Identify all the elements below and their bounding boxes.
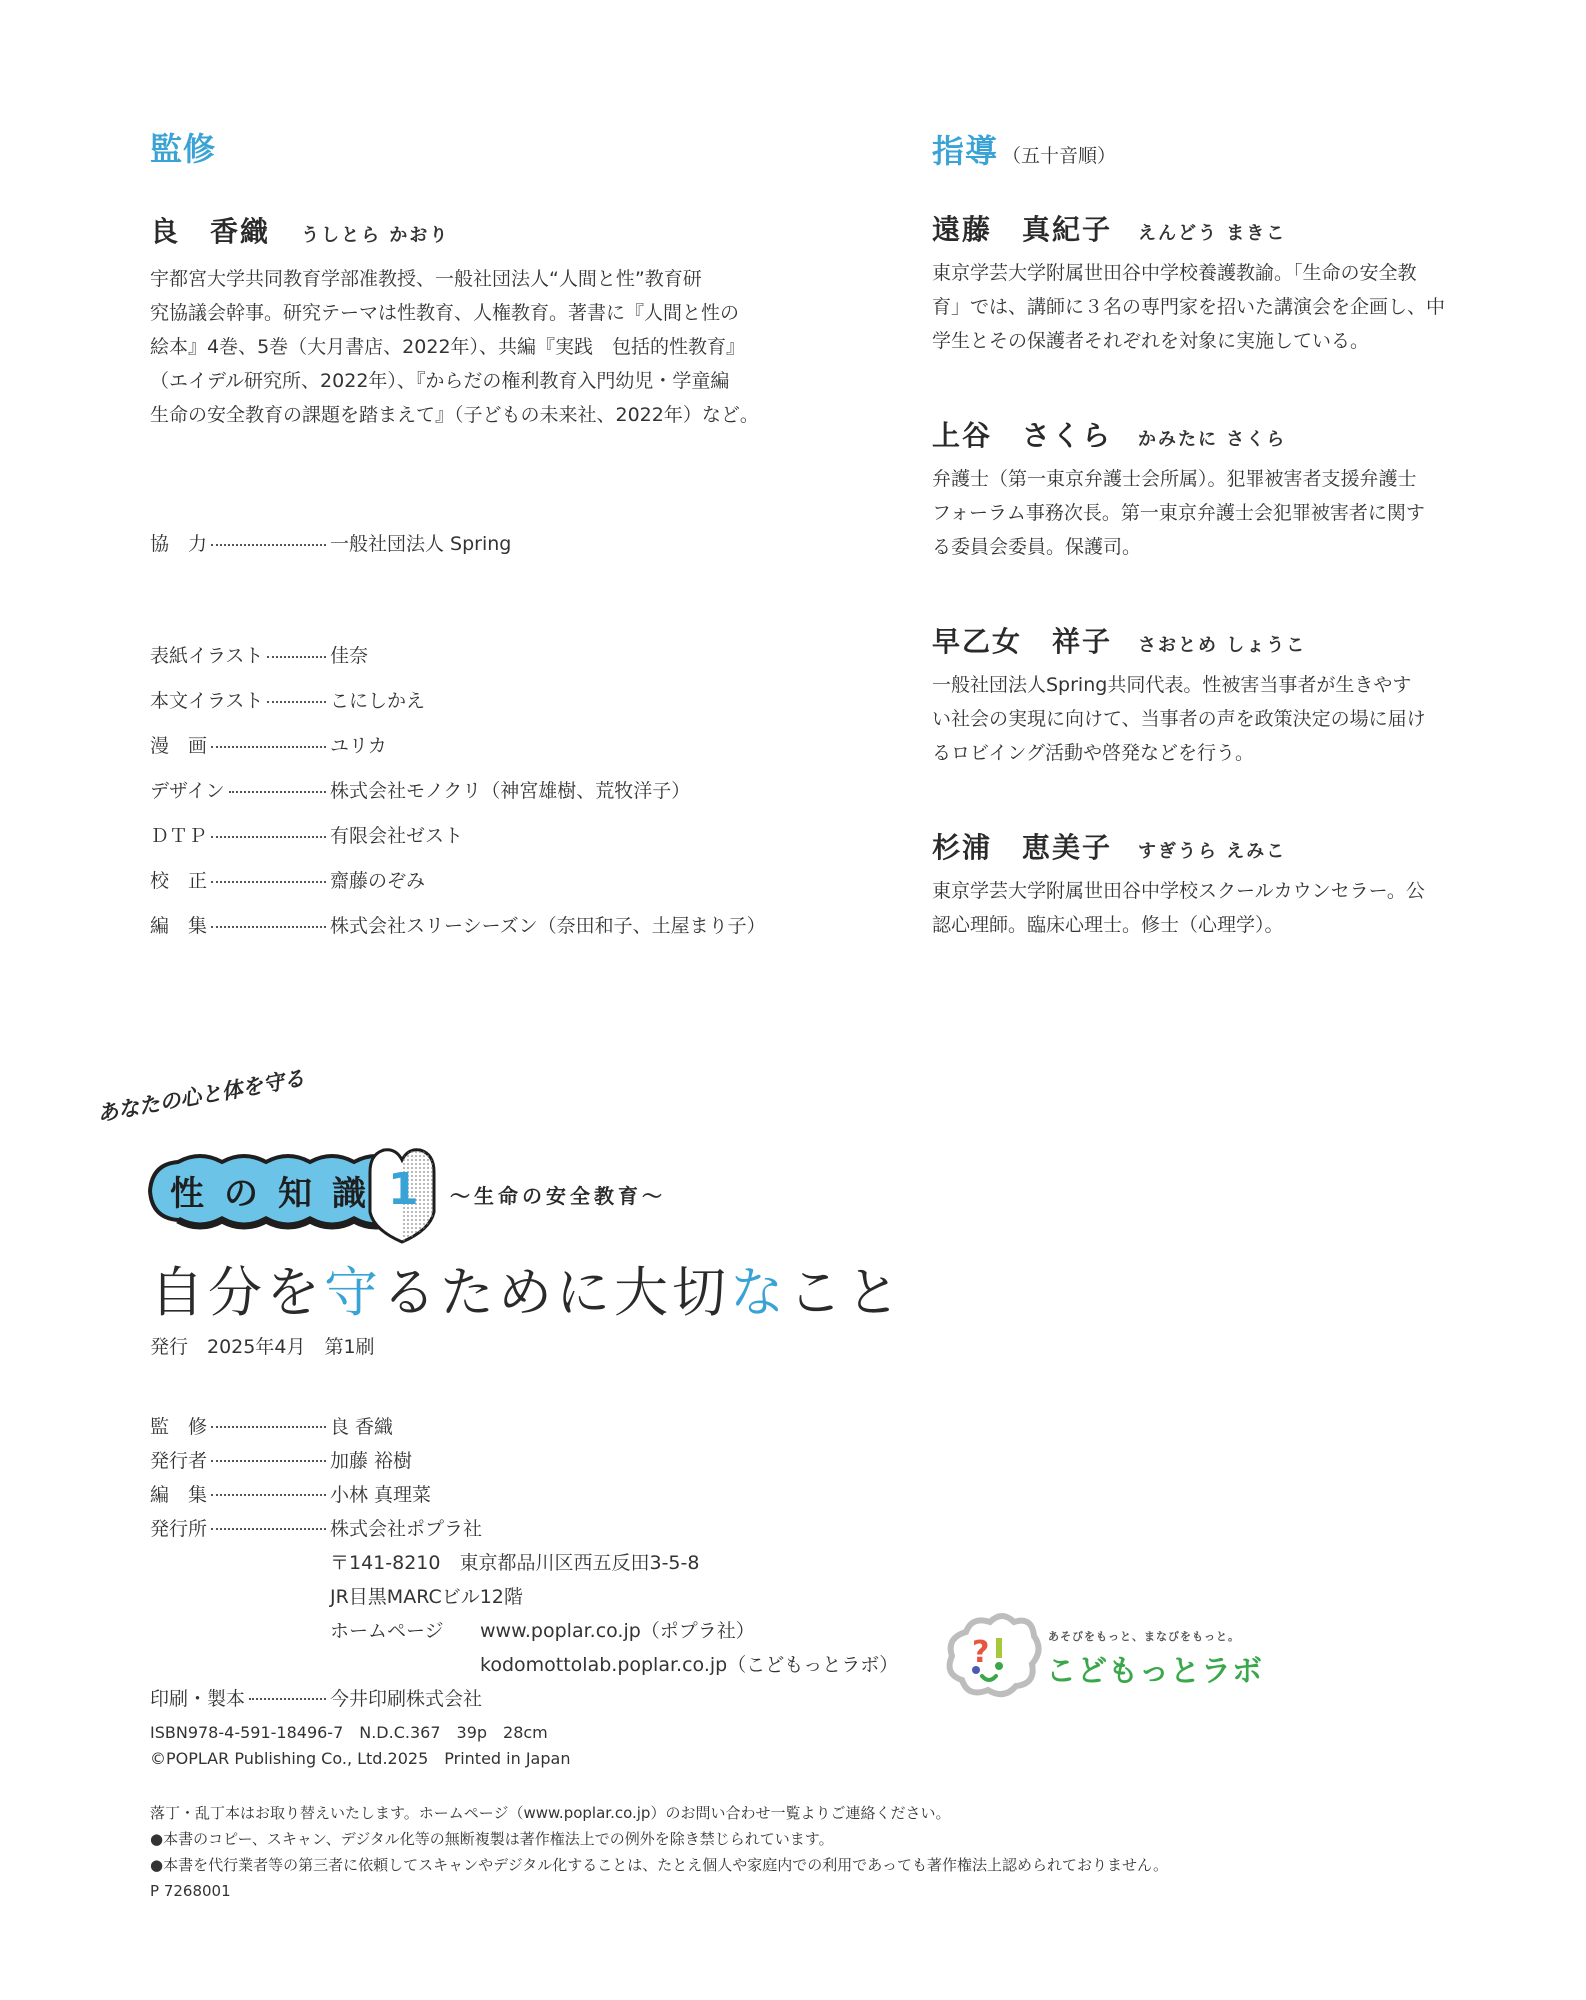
imprint-label: 印刷・製本 (150, 1684, 245, 1711)
imprint-value: 今井印刷株式会社 (330, 1684, 482, 1711)
leader-dots (211, 881, 326, 883)
bio-line: 東京学芸大学附属世田谷中学校スクールカウンセラー。公 (932, 874, 1472, 908)
leader-dots (211, 1460, 326, 1462)
title-part-highlight: な (730, 1261, 788, 1324)
imprint-row: 発行者 加藤 裕樹 (150, 1442, 898, 1476)
credit-value: 株式会社スリーシーズン（奈田和子、土屋まり子） (330, 911, 766, 938)
cooperation-value: 一般社団法人 Spring (330, 529, 511, 556)
credit-label: 校 正 (150, 866, 207, 893)
credit-label: 本文イラスト (150, 686, 263, 713)
svg-text:?: ? (972, 1635, 989, 1670)
credit-value: 有限会社ゼスト (330, 821, 463, 848)
title-part: 自分を (150, 1261, 324, 1324)
homepage-link[interactable]: kodomottolab.poplar.co.jp（こどもっとラボ） (150, 1646, 898, 1680)
leader-dots (267, 656, 326, 658)
series-char: の (224, 1166, 258, 1215)
imprint-row: 監 修 良 香織 (150, 1408, 898, 1442)
leader-dots (229, 791, 326, 793)
credit-row: 表紙イラスト 佳奈 (150, 632, 766, 677)
guidance-heading: 指導 (932, 132, 998, 170)
credit-label: 漫 画 (150, 731, 207, 758)
title-part: こと (788, 1261, 904, 1324)
logo-tagline: あそびをもっと、まなびをもっと。 (1048, 1628, 1240, 1644)
cloud-face-icon: ? (944, 1610, 1044, 1700)
product-code: P 7268001 (150, 1878, 1168, 1904)
credit-row: ＤＴＰ 有限会社ゼスト (150, 812, 766, 857)
person-bio: 東京学芸大学附属世田谷中学校養護教諭。「生命の安全教 育」では、講師に３名の専門… (932, 256, 1472, 358)
guidance-person: 上谷 さくらかみたに さくら 弁護士（第一東京弁護士会所属）。犯罪被害者支援弁護… (932, 414, 1472, 564)
series-char: 識 (332, 1166, 366, 1215)
series-char: 知 (278, 1166, 312, 1215)
credit-label: 表紙イラスト (150, 641, 263, 668)
person-kana: すぎうら えみこ (1138, 841, 1286, 862)
person-kana: さおとめ しょうこ (1138, 635, 1306, 656)
cooperation-row: 協 力 一般社団法人 Spring (150, 520, 511, 565)
credit-row: デザイン 株式会社モノクリ（神宮雄樹、荒牧洋子） (150, 767, 766, 812)
imprint-row: 発行所 株式会社ポプラ社 (150, 1510, 898, 1544)
leader-dots (211, 746, 326, 748)
leader-dots (211, 926, 326, 928)
bio-line: 認心理師。臨床心理士。修士（心理学）。 (932, 908, 1472, 942)
book-title: 自分を守るために大切なこと (150, 1250, 904, 1327)
credit-value: 佳奈 (330, 641, 368, 668)
bio-line: 学生とその保護者それぞれを対象に実施している。 (932, 324, 1472, 358)
credit-label: 編 集 (150, 911, 207, 938)
person-name: 遠藤 真紀子 (932, 213, 1112, 246)
isbn-line: ISBN978-4-591-18496-7 N.D.C.367 39p 28cm (150, 1720, 548, 1746)
credit-value: 株式会社モノクリ（神宮雄樹、荒牧洋子） (330, 776, 690, 803)
person-bio: 東京学芸大学附属世田谷中学校スクールカウンセラー。公 認心理師。臨床心理士。修士… (932, 874, 1472, 942)
volume-heart-badge: 1 (366, 1146, 438, 1246)
person-name: 杉浦 恵美子 (932, 831, 1112, 864)
credits-list: 表紙イラスト 佳奈 本文イラスト こにしかえ 漫 画 ユリカ デザイン 株式会社… (150, 632, 766, 947)
series-tagline: あなたの心と体を守る (95, 1062, 307, 1128)
bio-line: 東京学芸大学附属世田谷中学校養護教諭。「生命の安全教 (932, 256, 1472, 290)
imprint-value: 加藤 裕樹 (330, 1446, 412, 1473)
supervisor-kana: うしとら かおり (301, 225, 449, 246)
person-kana: えんどう まきこ (1138, 223, 1286, 244)
series-char: 性 (170, 1166, 204, 1215)
guidance-note: （五十音順） (1002, 145, 1116, 167)
person-kana: かみたに さくら (1138, 429, 1286, 450)
bio-line: 究協議会幹事。研究テーマは性教育、人権教育。著書に『人間と性の (150, 296, 759, 330)
imprint-value: 株式会社ポプラ社 (330, 1514, 482, 1541)
notice-line: ●本書のコピー、スキャン、デジタル化等の無断複製は著作権法上での例外を除き禁じら… (150, 1826, 1168, 1852)
copyright-line: ©POPLAR Publishing Co., Ltd.2025 Printed… (150, 1746, 570, 1772)
credit-label: デザイン (150, 776, 225, 803)
edition-info: 発行 2025年4月 第1刷 (150, 1332, 375, 1359)
person-name: 早乙女 祥子 (932, 625, 1112, 658)
imprint-label: 発行者 (150, 1446, 207, 1473)
bio-line: 育」では、講師に３名の専門家を招いた講演会を企画し、中 (932, 290, 1472, 324)
bio-line: るロビイング活動や啓発などを行う。 (932, 736, 1472, 770)
person-bio: 一般社団法人Spring共同代表。性被害当事者が生きやす い社会の実現に向けて、… (932, 668, 1472, 770)
imprint-block: 監 修 良 香織 発行者 加藤 裕樹 編 集 小林 真理菜 発行所 株式会社ポプ… (150, 1408, 898, 1714)
address-line: JR目黒MARCビル12階 (150, 1578, 898, 1612)
bio-line: 生命の安全教育の課題を踏まえて』（子どもの未来社、2022年）など。 (150, 398, 759, 432)
bio-line: 絵本』4巻、5巻（大月書店、2022年）、共編『実践 包括的性教育』 (150, 330, 759, 364)
logo-name: こどもっとラボ (1046, 1646, 1263, 1690)
imprint-value: 小林 真理菜 (330, 1480, 431, 1507)
notice-line: 落丁・乱丁本はお取り替えいたします。ホームページ（www.poplar.co.j… (150, 1800, 1168, 1826)
series-name: 性 の 知 識 (170, 1166, 366, 1215)
credit-value: ユリカ (330, 731, 387, 758)
supervisor-bio: 宇都宮大学共同教育学部准教授、一般社団法人“人間と性”教育研 究協議会幹事。研究… (150, 262, 759, 432)
notice-line: ●本書を代行業者等の第三者に依頼してスキャンやデジタル化することは、たとえ個人や… (150, 1852, 1168, 1878)
leader-dots (267, 701, 326, 703)
title-part: るために大切 (382, 1261, 730, 1324)
imprint-label: 編 集 (150, 1480, 207, 1507)
leader-dots (211, 1528, 326, 1530)
bio-line: （エイデル研究所、2022年）、『からだの権利教育入門幼児・学童編 (150, 364, 759, 398)
bio-line: 弁護士（第一東京弁護士会所属）。犯罪被害者支援弁護士 (932, 462, 1472, 496)
address-line: 〒141-8210 東京都品川区西五反田3-5-8 (150, 1544, 898, 1578)
leader-dots (211, 1426, 326, 1428)
kodomotto-lab-logo-mark: ? (944, 1610, 1044, 1700)
printing-row: 印刷・製本 今井印刷株式会社 (150, 1680, 898, 1714)
bio-line: フォーラム事務次長。第一東京弁護士会犯罪被害者に関す (932, 496, 1472, 530)
imprint-label: 監 修 (150, 1412, 207, 1439)
credit-value: こにしかえ (330, 686, 425, 713)
imprint-row: 編 集 小林 真理菜 (150, 1476, 898, 1510)
volume-number: 1 (388, 1164, 419, 1215)
person-name: 上谷 さくら (932, 419, 1112, 452)
homepage-link[interactable]: www.poplar.co.jp（ポプラ社） (480, 1616, 755, 1643)
credit-row: 漫 画 ユリカ (150, 722, 766, 767)
bio-line: 一般社団法人Spring共同代表。性被害当事者が生きやす (932, 668, 1472, 702)
supervisor-header: 良 香織 うしとら かおり (150, 210, 449, 250)
leader-dots (211, 836, 326, 838)
leader-dots (211, 544, 326, 546)
leader-dots (249, 1698, 326, 1700)
credit-row: 本文イラスト こにしかえ (150, 677, 766, 722)
guidance-person: 杉浦 恵美子すぎうら えみこ 東京学芸大学附属世田谷中学校スクールカウンセラー。… (932, 826, 1472, 942)
bio-line: い社会の実現に向けて、当事者の声を政策決定の場に届け (932, 702, 1472, 736)
supervisor-name: 良 香織 (150, 215, 270, 248)
supervision-heading: 監修 (150, 124, 216, 170)
credit-label: ＤＴＰ (150, 821, 207, 848)
bio-line: 宇都宮大学共同教育学部准教授、一般社団法人“人間と性”教育研 (150, 262, 759, 296)
supervision-section: 監修 (150, 124, 216, 170)
guidance-person: 遠藤 真紀子えんどう まきこ 東京学芸大学附属世田谷中学校養護教諭。「生命の安全… (932, 208, 1472, 358)
person-bio: 弁護士（第一東京弁護士会所属）。犯罪被害者支援弁護士 フォーラム事務次長。第一東… (932, 462, 1472, 564)
series-subtitle: 〜生命の安全教育〜 (450, 1180, 666, 1209)
guidance-person: 早乙女 祥子さおとめ しょうこ 一般社団法人Spring共同代表。性被害当事者が… (932, 620, 1472, 770)
homepage-label: ホームページ (330, 1616, 480, 1643)
credit-value: 齋藤のぞみ (330, 866, 425, 893)
cooperation-label: 協 力 (150, 529, 207, 556)
leader-dots (211, 1494, 326, 1496)
guidance-section: 指導（五十音順） (932, 126, 1116, 172)
imprint-label: 発行所 (150, 1514, 207, 1541)
homepage-row: ホームページ www.poplar.co.jp（ポプラ社） (150, 1612, 898, 1646)
imprint-value: 良 香織 (330, 1412, 393, 1439)
credit-row: 校 正 齋藤のぞみ (150, 857, 766, 902)
bio-line: る委員会委員。保護司。 (932, 530, 1472, 564)
credit-row: 編 集 株式会社スリーシーズン（奈田和子、土屋まり子） (150, 902, 766, 947)
notices: 落丁・乱丁本はお取り替えいたします。ホームページ（www.poplar.co.j… (150, 1800, 1168, 1904)
title-part-highlight: 守 (324, 1261, 382, 1324)
